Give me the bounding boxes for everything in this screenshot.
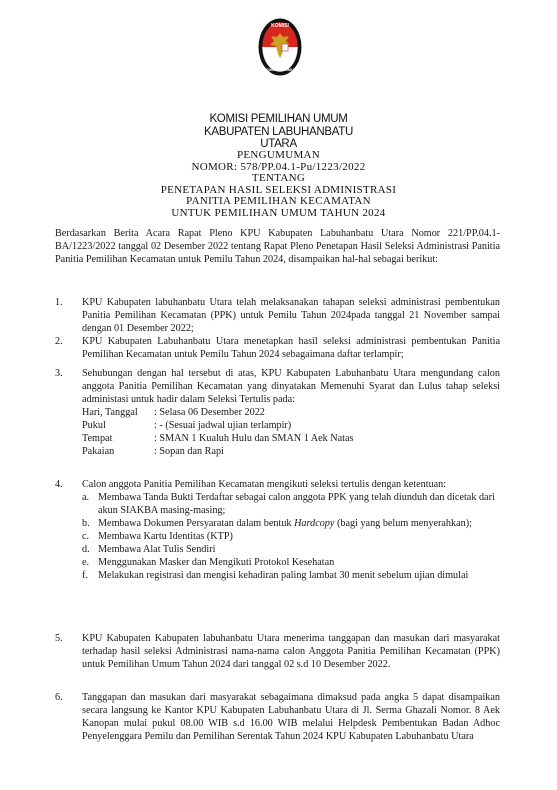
svg-text:KOMISI: KOMISI — [271, 23, 289, 29]
item-text: KPU Kabupaten Labuhanbatu Utara menetapk… — [82, 335, 500, 361]
subitem-text: Membawa Tanda Bukti Terdaftar sebagai ca… — [98, 491, 500, 517]
detail-row: Hari, Tanggal : Selasa 06 Desember 2022 — [82, 406, 500, 419]
announcement-title: PENGUMUMAN NOMOR: 578/PP.04.1-Pu/1223/20… — [0, 150, 557, 219]
svg-text:PEMILIHAN UMUM: PEMILIHAN UMUM — [263, 68, 297, 72]
org-line: KOMISI PEMILIHAN UMUM — [0, 113, 557, 126]
subitem-letter: e. — [82, 556, 98, 569]
organization-name: KOMISI PEMILIHAN UMUM KABUPATEN LABUHANB… — [0, 113, 557, 151]
list-item-6: 6. Tanggapan dan masukan dari masyarakat… — [55, 691, 500, 743]
subitem-text: Membawa Dokumen Persyaratan dalam bentuk… — [98, 517, 500, 530]
item-number: 1. — [55, 296, 75, 309]
item-number: 3. — [55, 367, 75, 380]
item-text: Calon anggota Panitia Pemilihan Kecamata… — [82, 478, 500, 491]
detail-row: Pukul : - (Sesuai jadwal ujian terlampir… — [82, 419, 500, 432]
subitem-letter: c. — [82, 530, 98, 543]
item-text: KPU Kabupaten labuhanbatu Utara telah me… — [82, 296, 500, 335]
detail-label: Pakaian — [82, 445, 154, 458]
item-number: 2. — [55, 335, 75, 348]
title-line: TENTANG — [0, 173, 557, 185]
subitem-e: e. Menggunakan Masker dan Mengikuti Prot… — [82, 556, 500, 569]
list-item-5: 5. KPU Kabupaten Kabupaten labuhanbatu U… — [55, 632, 500, 671]
item-text: Sehubungan dengan hal tersebut di atas, … — [82, 367, 500, 406]
subitem-text: Membawa Alat Tulis Sendiri — [98, 543, 500, 556]
subitem-text: Membawa Kartu Identitas (KTP) — [98, 530, 500, 543]
subitem-d: d. Membawa Alat Tulis Sendiri — [82, 543, 500, 556]
subitem-c: c. Membawa Kartu Identitas (KTP) — [82, 530, 500, 543]
list-item-3: 3. Sehubungan dengan hal tersebut di ata… — [55, 367, 500, 458]
list-item-4: 4. Calon anggota Panitia Pemilihan Kecam… — [55, 478, 500, 582]
detail-row: Tempat : SMAN 1 Kualuh Hulu dan SMAN 1 A… — [82, 432, 500, 445]
subitem-a: a. Membawa Tanda Bukti Terdaftar sebagai… — [82, 491, 500, 517]
subitem-text: Melakukan registrasi dan mengisi kehadir… — [98, 569, 500, 582]
subitem-letter: b. — [82, 517, 98, 530]
subitem-b: b. Membawa Dokumen Persyaratan dalam ben… — [82, 517, 500, 530]
intro-paragraph: Berdasarkan Berita Acara Rapat Pleno KPU… — [55, 227, 500, 266]
item-number: 5. — [55, 632, 75, 645]
org-line: KABUPATEN LABUHANBATU — [0, 126, 557, 139]
detail-value: : Selasa 06 Desember 2022 — [154, 406, 265, 419]
kpu-emblem-icon: KOMISI PEMILIHAN UMUM — [258, 18, 302, 76]
list-item-1: 1. KPU Kabupaten labuhanbatu Utara telah… — [55, 296, 500, 335]
subitem-letter: a. — [82, 491, 98, 517]
subitem-f: f. Melakukan registrasi dan mengisi keha… — [82, 569, 500, 582]
detail-row: Pakaian : Sopan dan Rapi — [82, 445, 500, 458]
list-item-2: 2. KPU Kabupaten Labuhanbatu Utara menet… — [55, 335, 500, 361]
item-text: Tanggapan dan masukan dari masyarakat se… — [82, 691, 500, 743]
subitem-letter: f. — [82, 569, 98, 582]
detail-value: : Sopan dan Rapi — [154, 445, 224, 458]
title-line: UNTUK PEMILIHAN UMUM TAHUN 2024 — [0, 208, 557, 220]
item-text: KPU Kabupaten Kabupaten labuhanbatu Utar… — [82, 632, 500, 671]
detail-value: : - (Sesuai jadwal ujian terlampir) — [154, 419, 291, 432]
item-number: 4. — [55, 478, 75, 491]
subitem-letter: d. — [82, 543, 98, 556]
item-number: 6. — [55, 691, 75, 704]
detail-label: Tempat — [82, 432, 154, 445]
title-line: PENGUMUMAN — [0, 150, 557, 162]
title-line: PANITIA PEMILIHAN KECAMATAN — [0, 196, 557, 208]
detail-label: Pukul — [82, 419, 154, 432]
detail-value: : SMAN 1 Kualuh Hulu dan SMAN 1 Aek Nata… — [154, 432, 354, 445]
subitem-text: Menggunakan Masker dan Mengikuti Protoko… — [98, 556, 500, 569]
detail-label: Hari, Tanggal — [82, 406, 154, 419]
